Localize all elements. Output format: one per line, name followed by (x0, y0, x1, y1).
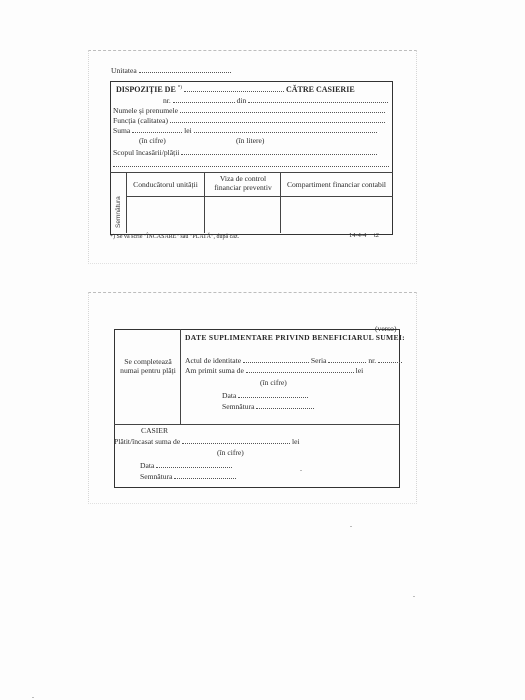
footnote-mark: *) (178, 85, 182, 90)
in-letters-caption: (în litere) (236, 137, 264, 145)
title-prefix: DISPOZIȚIE DE (116, 85, 176, 94)
name-row: Numele și prenumele (113, 106, 385, 115)
nr-label: nr. (163, 96, 171, 105)
signature-grid-top (110, 172, 393, 173)
id-doc-label: Actul de identitate (185, 356, 241, 365)
scan-speck (350, 526, 352, 527)
id-doc-blank (243, 356, 309, 363)
title-suffix: CĂTRE CASIERIE (286, 85, 355, 94)
scan-speck (413, 596, 415, 597)
scan-speck (32, 697, 34, 698)
sum-row: Suma lei (113, 126, 377, 135)
paid-lei-label: lei (292, 437, 300, 446)
sum-digits-blank (132, 126, 182, 133)
series-blank (328, 356, 366, 363)
purpose-label: Scopul încasării/plății (113, 148, 179, 157)
beneficiary-date-row: Data (222, 391, 308, 400)
operation-type-blank (184, 85, 284, 92)
signature-col-financial-control: Viza de control financiar preventiv (207, 174, 279, 193)
received-blank (246, 366, 354, 373)
signature-grid-header-bottom (126, 196, 393, 197)
function-blank (170, 116, 385, 123)
beneficiary-date-blank (238, 391, 308, 398)
signature-vertical-label: Semnătura (115, 196, 122, 228)
din-label: din (237, 96, 247, 105)
signature-col-accounting: Compartiment financiar contabil (281, 181, 392, 189)
cashier-date-blank (156, 461, 232, 468)
received-in-digits-caption: (în cifre) (260, 379, 287, 387)
beneficiary-signature-label: Semnătura (222, 402, 254, 411)
unit-field: Unitatea (111, 66, 231, 75)
purpose-row: Scopul încasării/plății (113, 148, 377, 157)
back-left-divider (180, 329, 181, 424)
sum-label: Suma (113, 126, 130, 135)
received-label: Am primit suma de (185, 366, 244, 375)
cashier-date-label: Data (140, 461, 154, 470)
beneficiary-section-title: DATE SUPLIMENTARE PRIVIND BENEFICIARUL S… (185, 334, 405, 342)
paid-label: Plătit/încasat suma de (114, 437, 180, 446)
beneficiary-signature-blank (256, 402, 314, 409)
id-nr-blank (378, 356, 402, 363)
id-nr-label: nr. (368, 356, 376, 365)
cashier-signature-label: Semnătura (140, 472, 172, 481)
name-label: Numele și prenumele (113, 106, 178, 115)
footnote: *) Se va scrie "ÎNCASARE" sau "PLATĂ", d… (110, 234, 239, 240)
beneficiary-signature-row: Semnătura (222, 402, 314, 411)
function-label: Funcția (calitatea) (113, 116, 168, 125)
form-variant: t2 (374, 232, 379, 239)
signature-col-unit-head: Conducătorul unității (127, 181, 204, 189)
received-sum-row: Am primit suma de lei (185, 366, 363, 375)
beneficiary-date-label: Data (222, 391, 236, 400)
in-digits-caption: (în cifre) (139, 137, 166, 145)
form-code: 14-4-4 t2 (349, 233, 379, 240)
date-blank (248, 96, 388, 103)
id-document-row: Actul de identitate Seria nr. (185, 356, 402, 365)
paid-sum-row: Plătit/încasat suma de lei (114, 437, 300, 446)
cashier-signature-row: Semnătura (140, 472, 236, 481)
nr-din-row: nr. din (163, 96, 388, 105)
cashier-signature-blank (174, 472, 236, 479)
lei-label: lei (184, 126, 192, 135)
purpose-blank-line-2 (113, 166, 389, 167)
back-cashier-divider (114, 424, 399, 425)
cashier-date-row: Data (140, 461, 232, 470)
sum-letters-blank (194, 126, 377, 133)
name-blank (180, 106, 385, 113)
form-title: DISPOZIȚIE DE *) CĂTRE CASIERIE (116, 85, 355, 94)
paid-blank (182, 437, 290, 444)
cashier-title: CASIER (141, 427, 168, 435)
unit-blank (139, 66, 231, 73)
purpose-blank (181, 148, 377, 155)
unit-label: Unitatea (111, 66, 137, 75)
paid-in-digits-caption: (în cifre) (217, 449, 244, 457)
nr-blank (173, 96, 235, 103)
series-label: Seria (311, 356, 327, 365)
payments-only-note: Se completează numai pentru plăți (116, 357, 180, 375)
function-row: Funcția (calitatea) (113, 116, 385, 125)
received-lei-label: lei (356, 366, 364, 375)
signature-grid-divider-2 (204, 172, 205, 233)
form-code-number: 14-4-4 (349, 232, 366, 239)
scan-speck (300, 470, 302, 471)
